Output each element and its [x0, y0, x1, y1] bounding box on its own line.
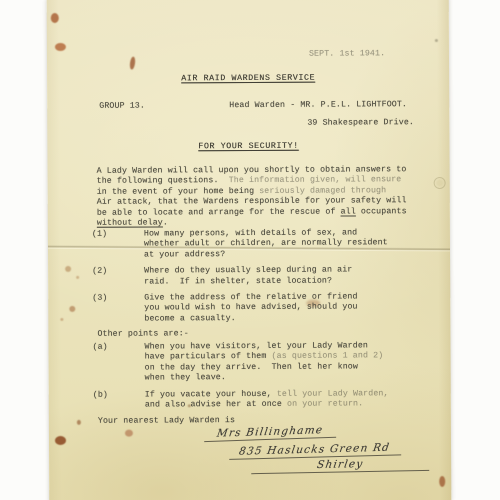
signature-town: Shirley: [251, 457, 429, 474]
group-number: GROUP 13.: [99, 102, 145, 113]
stain: [60, 318, 63, 321]
stain: [129, 56, 136, 70]
other-point-item: (a)When you have visitors, let your Lady…: [92, 341, 388, 384]
text-line: whether adult or children, are normally …: [144, 239, 388, 251]
question-item: (3)Give the address of the relative or f…: [92, 292, 388, 325]
signature-town-text: Shirley: [316, 458, 364, 471]
warden-address: 39 Shakespeare Drive.: [307, 118, 414, 129]
stain: [77, 420, 81, 425]
scan-background: SEPT. 1st 1941. AIR RAID WARDENS SERVICE…: [0, 0, 500, 500]
item-text: If you vacate your house, tell your Lady…: [145, 389, 389, 411]
stain: [55, 436, 66, 445]
item-text: Give the address of the relative or frie…: [144, 292, 357, 324]
stain: [125, 430, 133, 437]
signature-name: Mrs Billinghame: [204, 424, 336, 442]
letter-date: SEPT. 1st 1941.: [309, 49, 385, 60]
stain: [439, 476, 445, 487]
intro-paragraph: A Lady Warden will call upon you shortly…: [97, 165, 407, 229]
text-line: be able to locate and arrange for the re…: [97, 207, 407, 219]
item-marker: (1): [92, 230, 144, 261]
other-points-label: Other points are:-: [97, 329, 188, 340]
questions-list: (1)How many persons, with details of sex…: [92, 228, 388, 331]
stain: [55, 43, 66, 51]
text-line: on the day they arrive. Then let her kno…: [145, 362, 384, 374]
item-marker: (3): [92, 294, 144, 325]
closing-line: Your nearest Lady Warden is: [98, 416, 235, 427]
stain: [69, 306, 75, 312]
text-line: when they leave.: [145, 373, 384, 385]
text-line: raid. If in shelter, state location?: [144, 276, 352, 287]
text-line: Where do they usually sleep during an ai…: [144, 266, 352, 277]
stain: [51, 13, 59, 23]
item-text: Where do they usually sleep during an ai…: [144, 266, 352, 288]
other-points-list: (a)When you have visitors, let your Lady…: [92, 341, 388, 417]
signature-name-text: Mrs Billinghame: [216, 424, 324, 440]
item-text: When you have visitors, let your Lady Wa…: [144, 341, 383, 384]
watermark-ring: [434, 177, 446, 189]
item-marker: (a): [92, 343, 144, 385]
text-line: at your address?: [144, 249, 388, 261]
item-text: How many persons, with details of sex, a…: [144, 228, 388, 260]
signature-street-text: 835 Haslucks Green Rd: [239, 442, 392, 458]
stain: [65, 266, 71, 272]
text-line: you would wish to have advised, should y…: [144, 303, 357, 315]
item-marker: (b): [93, 390, 145, 411]
text-line: and also advise her at once on your retu…: [145, 399, 389, 411]
stain: [435, 39, 438, 42]
letter-title: AIR RAID WARDENS SERVICE: [47, 73, 449, 86]
item-marker: (2): [92, 267, 144, 288]
other-point-item: (b)If you vacate your house, tell your L…: [93, 389, 389, 411]
text-line: become a casualty.: [144, 313, 357, 325]
stain: [76, 276, 79, 279]
letter-subtitle: FOR YOUR SECURITY!: [47, 141, 449, 154]
question-item: (2)Where do they usually sleep during an…: [92, 265, 388, 287]
question-item: (1)How many persons, with details of sex…: [92, 228, 388, 261]
head-warden-line: Head Warden - MR. P.E.L. LIGHTFOOT.: [229, 100, 407, 111]
letter-paper: SEPT. 1st 1941. AIR RAID WARDENS SERVICE…: [47, 0, 452, 500]
